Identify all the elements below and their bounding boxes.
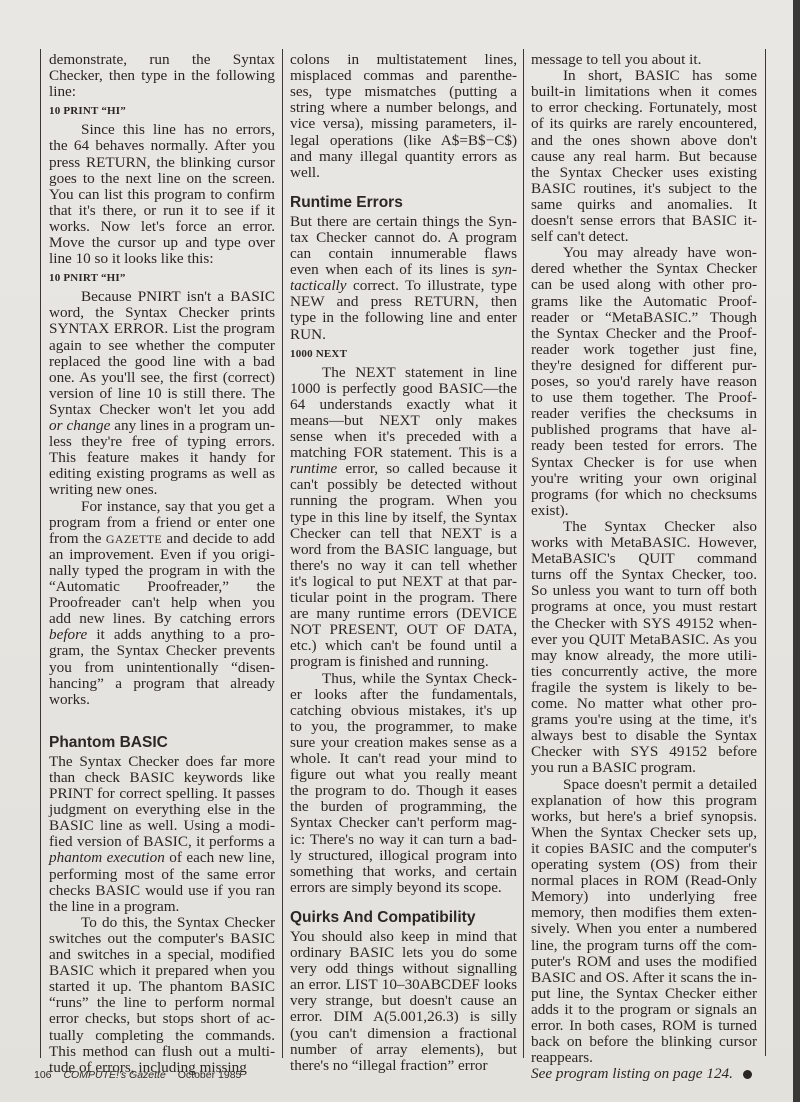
endnote-text: See program listing on page 124. (531, 1065, 733, 1082)
text-line: ordinary BASIC lets you do some (290, 945, 517, 961)
text-line: catching obvious mistakes, it's up (290, 703, 517, 719)
text-line: puter's ROM and uses the modified (531, 954, 757, 970)
text-line: from the GAZETTE and decide to add (49, 531, 275, 547)
text-line: it copies BASIC and the computer's (531, 841, 757, 857)
text-line: than check BASIC keywords like (49, 770, 275, 786)
text-line: So unless you want to turn off both (531, 583, 757, 599)
text-line: misplaced commas and parenthe- (290, 68, 517, 84)
text-line: ties concurrently active, the more (531, 664, 757, 680)
column-rule-right (765, 49, 766, 1056)
page-footer: 106 COMPUTE!'s Gazette October 1985 (34, 1069, 250, 1081)
text-line: word from the BASIC language, but (290, 542, 517, 558)
text-line: number of array elements), but (290, 1042, 517, 1058)
text-line: there's no way it can tell whether (290, 558, 517, 574)
text-line: works with MetaBASIC. However, (531, 535, 757, 551)
text-line: again to see whether the computer (49, 338, 275, 354)
text-line: put line, the Syntax Checker either (531, 986, 757, 1002)
page-number: 106 (34, 1069, 52, 1081)
text-line: and many illegal quantity errors as (290, 149, 517, 165)
text-line: sively. When you enter a numbered (531, 921, 757, 937)
text-line: well. (290, 165, 517, 181)
text-line: But there are certain things the Syn- (290, 214, 517, 230)
text-line: Syntax Checker won't let you add (49, 402, 275, 418)
text-line: Move the cursor up and type over (49, 235, 275, 251)
text-line: ly structured, illogical program into (290, 848, 517, 864)
text-line: hancing” a program that already (49, 676, 275, 692)
text-line: For instance, say that you get a (49, 499, 275, 515)
text-line: that it's there, or run it to see if it (49, 203, 275, 219)
text-line: the line in a program. (49, 899, 275, 915)
text-line: matching FOR statement. This is a (290, 445, 517, 461)
text-line: “runs” the line to perform normal (49, 995, 275, 1011)
text-line: can't possibly be detected without (290, 477, 517, 493)
text-line: The Syntax Checker also (531, 519, 757, 535)
text-line: of its quirks are rarely encountered, (531, 116, 757, 132)
text-line: ses, type mismatches (putting a (290, 84, 517, 100)
text-line: replaced the good line with a bad (49, 354, 275, 370)
section-heading: Quirks And Compatibility (290, 909, 475, 927)
text-line: the Checker with SYS 49152 when- (531, 616, 757, 632)
text-line: works, but here's a brief synopsis. (531, 809, 757, 825)
code-listing-line: 1000 NEXT (290, 347, 347, 361)
text-line: Syntax Checker can't perform mag- (290, 815, 517, 831)
text-line: Checker, then type in the following (49, 68, 275, 84)
text-line: poses, so you'd rarely have reason (531, 374, 757, 390)
text-line: means—but NEXT only makes (290, 413, 517, 429)
text-line: gram, the Syntax Checker prevents (49, 643, 275, 659)
column-rule-2-3 (523, 49, 524, 1058)
text-line: line 10 so it looks like this: (49, 251, 275, 267)
text-line: Memory) into underlying free (531, 889, 757, 905)
text-line: ticular point in the program. There (290, 590, 517, 606)
text-line: always best to disable the Syntax (531, 728, 757, 744)
text-line: type in this line by itself, the Syntax (290, 510, 517, 526)
text-line: sense when it's preceded with a (290, 429, 517, 445)
text-line: explanation of how this program (531, 793, 757, 809)
text-line: adds it to the program or signals an (531, 1002, 757, 1018)
text-line: can be used along with other pro- (531, 277, 757, 293)
text-line: are many runtime errors (DEVICE (290, 606, 517, 622)
text-line: version of line 10 is still there. The (49, 386, 275, 402)
text-line: less they're free of typing errors. (49, 434, 275, 450)
text-line: You can list this program to confirm (49, 187, 275, 203)
text-line: RUN. (290, 327, 517, 343)
text-line: Because PNIRT isn't a BASIC (49, 289, 275, 305)
text-line: to use them together. The Proof- (531, 390, 757, 406)
text-line: In short, BASIC has some (531, 68, 757, 84)
text-line: Checker with SYS 49152 before (531, 744, 757, 760)
text-line: back on before the blinking cursor (531, 1034, 757, 1050)
text-line: NOT PRESENT, OUT OF DATA, (290, 622, 517, 638)
text-line: demonstrate, run the Syntax (49, 52, 275, 68)
text-line: built-in limitations when it comes (531, 84, 757, 100)
text-line: programs at once, you must restart (531, 599, 757, 615)
text-line: add new lines. By catching errors (49, 611, 275, 627)
text-line: you run a BASIC program. (531, 760, 757, 776)
text-line: works. (49, 692, 275, 708)
text-line: dered whether the Syntax Checker (531, 261, 757, 277)
text-line: phantom execution of each new line, (49, 850, 275, 866)
text-line: (you can't dimension a fractional (290, 1026, 517, 1042)
text-line: fragile the system is likely to be- (531, 680, 757, 696)
text-line: error. DIM A(5.001,26.3) is silly (290, 1009, 517, 1025)
text-line: line: (49, 84, 275, 100)
text-line: the burden of programming, the (290, 799, 517, 815)
text-line: To do this, the Syntax Checker (49, 915, 275, 931)
text-line: exist). (531, 503, 757, 519)
text-line: and the ones shown above don't (531, 133, 757, 149)
text-line: type in the following line and enter (290, 310, 517, 326)
text-line: writing new ones. (49, 482, 275, 498)
code-listing-line: 10 PNIRT “HI” (49, 271, 126, 285)
text-line: even when each of its lines is syn- (290, 262, 517, 278)
text-line: ever you QUIT MetaBASIC. As you (531, 632, 757, 648)
text-line: reappears. (531, 1050, 757, 1066)
section-heading: Phantom BASIC (49, 734, 168, 752)
text-line: they're designed for different pur- (531, 358, 757, 374)
text-line: Thus, while the Syntax Check- (290, 671, 517, 687)
text-line: normal places in ROM (Read-Only (531, 873, 757, 889)
text-line: line, the program turns off the com- (531, 938, 757, 954)
text-line: press RETURN, the blinking cursor (49, 155, 275, 171)
text-line: Checker can tell that NEXT is a (290, 526, 517, 542)
text-line: runtime error, so called because it (290, 461, 517, 477)
text-line: to you, the programmer, to make (290, 719, 517, 735)
text-line: 64 understands exactly what it (290, 397, 517, 413)
text-line: This method can flush out a multi- (49, 1044, 275, 1060)
text-line: legal operations (like A$=B$−C$) (290, 133, 517, 149)
text-line: program from a friend or enter one (49, 515, 275, 531)
text-line: NEW and press RETURN, then (290, 294, 517, 310)
text-line: the 64 behaves normally. After you (49, 138, 275, 154)
text-line: sure your creation makes sense as a (290, 735, 517, 751)
magazine-title: COMPUTE!'s Gazette (63, 1069, 165, 1081)
text-line: very strange, but doesn't cause an (290, 993, 517, 1009)
text-line: checks BASIC would use if you ran (49, 883, 275, 899)
text-line: message to tell you about it. (531, 52, 757, 68)
text-line: editing existing programs as well as (49, 466, 275, 482)
text-line: ready been tested for errors. The (531, 438, 757, 454)
text-line: “Automatic Proofreader,” the (49, 579, 275, 595)
text-line: cause any real harm. But because (531, 149, 757, 165)
column-rule-1-2 (282, 49, 283, 1058)
text-line: MetaBASIC's QUIT command (531, 551, 757, 567)
column-rule-left (40, 49, 41, 1058)
text-line: BASIC routines, it's subject to the (531, 181, 757, 197)
text-line: memory, then modifies them exten- (531, 905, 757, 921)
end-of-article-bullet-icon (743, 1070, 752, 1079)
text-line: it's logical to put NEXT at that par- (290, 574, 517, 590)
text-line: the Syntax Checker uses existing (531, 165, 757, 181)
text-line: error checks, but stops short of ac- (49, 1011, 275, 1027)
text-line: published programs that have al- (531, 422, 757, 438)
text-line: word, the Syntax Checker prints (49, 305, 275, 321)
text-line: reader work together just fine, (531, 342, 757, 358)
text-line: Space doesn't permit a detailed (531, 777, 757, 793)
text-line: doesn't sense errors that BASIC it- (531, 213, 757, 229)
text-line: program is finished and running. (290, 654, 517, 670)
text-line: grams like the Automatic Proof- (531, 294, 757, 310)
page-edge-shadow (793, 0, 800, 1102)
text-line: BASIC line as well. Using a modi- (49, 818, 275, 834)
text-line: This feature makes it handy for (49, 450, 275, 466)
text-line: you from unintentionally “disen- (49, 660, 275, 676)
text-line: nally typed the program in with the (49, 563, 275, 579)
section-heading: Runtime Errors (290, 194, 403, 212)
text-line: goes to the next line on the screen. (49, 171, 275, 187)
text-line: there's no “illegal fraction” error (290, 1058, 517, 1074)
text-line: vice versa), missing parameters, il- (290, 116, 517, 132)
text-line: When the Syntax Checker sets up, (531, 825, 757, 841)
text-line: tax Checker cannot do. A program (290, 230, 517, 246)
text-line: figure out what you really meant (290, 767, 517, 783)
text-line: an error. LIST 10–30ABCDEF looks (290, 977, 517, 993)
text-line: something that works, and certain (290, 864, 517, 880)
text-line: self can't detect. (531, 229, 757, 245)
text-line: error. In both cases, ROM is turned (531, 1018, 757, 1034)
text-line: same quirks and anomalies. It (531, 197, 757, 213)
text-line: SYNTAX ERROR. List the program (49, 321, 275, 337)
text-line: operating system (OS) from their (531, 857, 757, 873)
text-line: etc.) which can't be found until a (290, 638, 517, 654)
text-line: errors are simply beyond its scope. (290, 880, 517, 896)
text-line: started it up. The phantom BASIC (49, 979, 275, 995)
text-line: programs (for which no checksums (531, 487, 757, 503)
text-line: er looks after the fundamentals, (290, 687, 517, 703)
text-line: come. No matter what other pro- (531, 696, 757, 712)
text-line: The Syntax Checker does far more (49, 754, 275, 770)
text-line: before it adds anything to a pro- (49, 627, 275, 643)
text-line: you're writing your own original (531, 471, 757, 487)
text-line: grams you're using at the time, it's (531, 712, 757, 728)
text-line: The NEXT statement in line (290, 365, 517, 381)
text-line: reader or “MetaBASIC.” Though (531, 310, 757, 326)
text-line: and switches in a special, modified (49, 947, 275, 963)
text-line: BASIC and OS. After it scans the in- (531, 970, 757, 986)
issue-date: October 1985 (178, 1069, 242, 1081)
text-line: BASIC which it prepared when you (49, 963, 275, 979)
text-line: fied version of BASIC, it performs a (49, 834, 275, 850)
text-line: You may already have won- (531, 245, 757, 261)
text-line: switches out the computer's BASIC (49, 931, 275, 947)
text-line: judgment on everything else in the (49, 802, 275, 818)
text-line: PRINT for correct spelling. It passes (49, 786, 275, 802)
text-line: turns off the Syntax Checker, too. (531, 567, 757, 583)
text-line: Syntax Checker is for use when (531, 455, 757, 471)
text-line: You should also keep in mind that (290, 929, 517, 945)
text-line: can contain innumerable flaws (290, 246, 517, 262)
text-line: or change any lines in a program un- (49, 418, 275, 434)
text-line: performing most of the same error (49, 867, 275, 883)
text-line: ic: There's no way it can turn a bad- (290, 832, 517, 848)
text-line: an improvement. Even if you origi- (49, 547, 275, 563)
text-line: whole. It can't read your mind to (290, 751, 517, 767)
text-line: running the program. When you (290, 493, 517, 509)
text-line: the program to do. Though it eases (290, 783, 517, 799)
text-line: string where a number belongs, and (290, 100, 517, 116)
text-line: colons in multistatement lines, (290, 52, 517, 68)
text-line: one. As you'll see, the first (correct) (49, 370, 275, 386)
text-line: the Syntax Checker and the Proof- (531, 326, 757, 342)
text-line: to error checking. Fortunately, most (531, 100, 757, 116)
text-line: works. Now let's force an error. (49, 219, 275, 235)
text-line: very odd things without signalling (290, 961, 517, 977)
text-line: reader verifies the checksums in (531, 406, 757, 422)
code-listing-line: 10 PRINT “HI” (49, 104, 126, 118)
text-line: 1000 is perfectly good BASIC—the (290, 381, 517, 397)
program-listing-reference: See program listing on page 124. (531, 1066, 752, 1082)
text-line: may know already, the more utili- (531, 648, 757, 664)
text-line: tually completing the commands. (49, 1028, 275, 1044)
text-line: tactically correct. To illustrate, type (290, 278, 517, 294)
text-line: Since this line has no errors, (49, 122, 275, 138)
text-line: Proofreader can't help when you (49, 595, 275, 611)
